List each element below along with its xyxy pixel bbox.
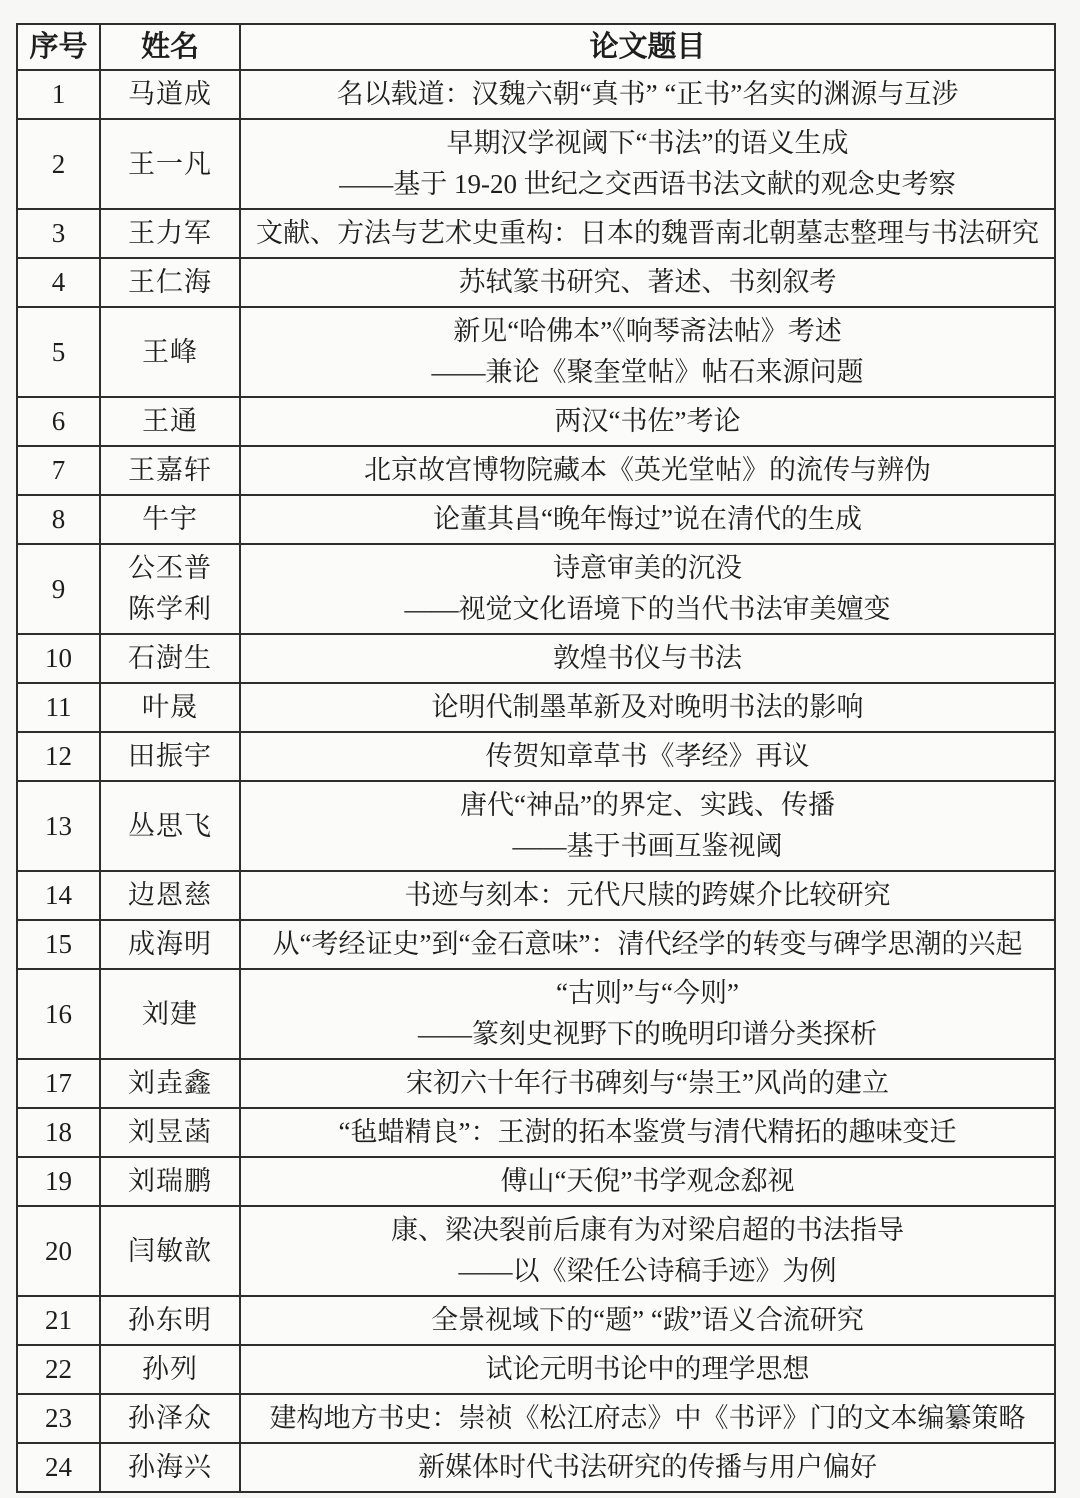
table-row: 11 叶晟 论明代制墨革新及对晚明书法的影响 (17, 683, 1055, 732)
table-row: 17 刘垚鑫 宋初六十年行书碑刻与“崇王”风尚的建立 (17, 1059, 1055, 1108)
author-name: 丛思飞 (100, 781, 240, 871)
table-row: 20 闫敏歆 康、梁决裂前后康有为对梁启超的书法指导——以《梁任公诗稿手迹》为例 (17, 1206, 1055, 1296)
row-number: 12 (17, 732, 100, 781)
table-row: 10 石澍生 敦煌书仪与书法 (17, 634, 1055, 683)
paper-title: 敦煌书仪与书法 (240, 634, 1055, 683)
row-number: 16 (17, 969, 100, 1059)
row-number: 1 (17, 70, 100, 119)
table-row: 21 孙东明 全景视域下的“题” “跋”语义合流研究 (17, 1296, 1055, 1345)
row-number: 15 (17, 920, 100, 969)
paper-title: 两汉“书佐”考论 (240, 397, 1055, 446)
author-name: 王嘉轩 (100, 446, 240, 495)
table-row: 22 孙列 试论元明书论中的理学思想 (17, 1345, 1055, 1394)
author-name: 闫敏歆 (100, 1206, 240, 1296)
header-row: 序号 姓名 论文题目 (17, 24, 1055, 70)
table-row: 2 王一凡 早期汉学视阈下“书法”的语义生成——基于 19-20 世纪之交西语书… (17, 119, 1055, 209)
paper-title: 苏轼篆书研究、著述、书刻叙考 (240, 258, 1055, 307)
row-number: 24 (17, 1443, 100, 1492)
author-name: 成海明 (100, 920, 240, 969)
document-page: 序号 姓名 论文题目 1 马道成 名以载道：汉魏六朝“真书” “正书”名实的渊源… (0, 0, 1080, 1498)
row-number: 9 (17, 544, 100, 634)
paper-title: 北京故宫博物院藏本《英光堂帖》的流传与辨伪 (240, 446, 1055, 495)
paper-title: 从“考经证史”到“金石意味”：清代经学的转变与碑学思潮的兴起 (240, 920, 1055, 969)
row-number: 11 (17, 683, 100, 732)
author-name: 田振宇 (100, 732, 240, 781)
paper-title: 论明代制墨革新及对晚明书法的影响 (240, 683, 1055, 732)
author-name: 孙东明 (100, 1296, 240, 1345)
paper-title: 试论元明书论中的理学思想 (240, 1345, 1055, 1394)
row-number: 8 (17, 495, 100, 544)
author-name: 公丕普陈学利 (100, 544, 240, 634)
table-row: 15 成海明 从“考经证史”到“金石意味”：清代经学的转变与碑学思潮的兴起 (17, 920, 1055, 969)
paper-title: 康、梁决裂前后康有为对梁启超的书法指导——以《梁任公诗稿手迹》为例 (240, 1206, 1055, 1296)
paper-title: 传贺知章草书《孝经》再议 (240, 732, 1055, 781)
paper-title: 名以载道：汉魏六朝“真书” “正书”名实的渊源与互涉 (240, 70, 1055, 119)
author-name: 刘瑞鹏 (100, 1157, 240, 1206)
table-row: 1 马道成 名以载道：汉魏六朝“真书” “正书”名实的渊源与互涉 (17, 70, 1055, 119)
table-row: 19 刘瑞鹏 傅山“天倪”书学观念郄视 (17, 1157, 1055, 1206)
paper-title: 唐代“神品”的界定、实践、传播——基于书画互鉴视阈 (240, 781, 1055, 871)
table-row: 12 田振宇 传贺知章草书《孝经》再议 (17, 732, 1055, 781)
header-serial-number: 序号 (17, 24, 100, 70)
author-name: 马道成 (100, 70, 240, 119)
row-number: 14 (17, 871, 100, 920)
table-row: 9 公丕普陈学利 诗意审美的沉没——视觉文化语境下的当代书法审美嬗变 (17, 544, 1055, 634)
header-paper-title: 论文题目 (240, 24, 1055, 70)
paper-title: 宋初六十年行书碑刻与“崇王”风尚的建立 (240, 1059, 1055, 1108)
author-name: 叶晟 (100, 683, 240, 732)
paper-title: 全景视域下的“题” “跋”语义合流研究 (240, 1296, 1055, 1345)
header-author-name: 姓名 (100, 24, 240, 70)
paper-title: 书迹与刻本：元代尺牍的跨媒介比较研究 (240, 871, 1055, 920)
table-row: 8 牛宇 论董其昌“晚年悔过”说在清代的生成 (17, 495, 1055, 544)
author-name: 牛宇 (100, 495, 240, 544)
row-number: 18 (17, 1108, 100, 1157)
paper-title: 早期汉学视阈下“书法”的语义生成——基于 19-20 世纪之交西语书法文献的观念… (240, 119, 1055, 209)
paper-title: “毡蜡精良”：王澍的拓本鉴赏与清代精拓的趣味变迁 (240, 1108, 1055, 1157)
table-row: 6 王通 两汉“书佐”考论 (17, 397, 1055, 446)
paper-title: 建构地方书史：崇祯《松江府志》中《书评》门的文本编纂策略 (240, 1394, 1055, 1443)
table-row: 14 边恩慈 书迹与刻本：元代尺牍的跨媒介比较研究 (17, 871, 1055, 920)
author-name: 石澍生 (100, 634, 240, 683)
table-row: 23 孙泽众 建构地方书史：崇祯《松江府志》中《书评》门的文本编纂策略 (17, 1394, 1055, 1443)
row-number: 19 (17, 1157, 100, 1206)
table-row: 16 刘建 “古则”与“今则”——篆刻史视野下的晚明印谱分类探析 (17, 969, 1055, 1059)
paper-title: “古则”与“今则”——篆刻史视野下的晚明印谱分类探析 (240, 969, 1055, 1059)
paper-title: 傅山“天倪”书学观念郄视 (240, 1157, 1055, 1206)
author-name: 王一凡 (100, 119, 240, 209)
row-number: 10 (17, 634, 100, 683)
row-number: 3 (17, 209, 100, 258)
author-name: 刘垚鑫 (100, 1059, 240, 1108)
table-row: 5 王峰 新见“哈佛本”《响琴斋法帖》考述——兼论《聚奎堂帖》帖石来源问题 (17, 307, 1055, 397)
table-row: 3 王力军 文献、方法与艺术史重构：日本的魏晋南北朝墓志整理与书法研究 (17, 209, 1055, 258)
author-name: 孙海兴 (100, 1443, 240, 1492)
row-number: 17 (17, 1059, 100, 1108)
author-name: 王仁海 (100, 258, 240, 307)
paper-title: 诗意审美的沉没——视觉文化语境下的当代书法审美嬗变 (240, 544, 1055, 634)
row-number: 21 (17, 1296, 100, 1345)
author-name: 王峰 (100, 307, 240, 397)
row-number: 7 (17, 446, 100, 495)
table-row: 24 孙海兴 新媒体时代书法研究的传播与用户偏好 (17, 1443, 1055, 1492)
author-name: 刘昱菡 (100, 1108, 240, 1157)
row-number: 23 (17, 1394, 100, 1443)
author-name: 王通 (100, 397, 240, 446)
author-name: 刘建 (100, 969, 240, 1059)
row-number: 4 (17, 258, 100, 307)
paper-title: 新媒体时代书法研究的传播与用户偏好 (240, 1443, 1055, 1492)
paper-title: 文献、方法与艺术史重构：日本的魏晋南北朝墓志整理与书法研究 (240, 209, 1055, 258)
paper-title: 新见“哈佛本”《响琴斋法帖》考述——兼论《聚奎堂帖》帖石来源问题 (240, 307, 1055, 397)
row-number: 6 (17, 397, 100, 446)
row-number: 22 (17, 1345, 100, 1394)
author-name: 孙泽众 (100, 1394, 240, 1443)
table-row: 13 丛思飞 唐代“神品”的界定、实践、传播——基于书画互鉴视阈 (17, 781, 1055, 871)
paper-title: 论董其昌“晚年悔过”说在清代的生成 (240, 495, 1055, 544)
row-number: 13 (17, 781, 100, 871)
row-number: 20 (17, 1206, 100, 1296)
author-name: 孙列 (100, 1345, 240, 1394)
table-row: 4 王仁海 苏轼篆书研究、著述、书刻叙考 (17, 258, 1055, 307)
table-row: 7 王嘉轩 北京故宫博物院藏本《英光堂帖》的流传与辨伪 (17, 446, 1055, 495)
papers-table: 序号 姓名 论文题目 1 马道成 名以载道：汉魏六朝“真书” “正书”名实的渊源… (16, 23, 1056, 1493)
table-body: 1 马道成 名以载道：汉魏六朝“真书” “正书”名实的渊源与互涉 2 王一凡 早… (17, 70, 1055, 1492)
row-number: 2 (17, 119, 100, 209)
table-row: 18 刘昱菡 “毡蜡精良”：王澍的拓本鉴赏与清代精拓的趣味变迁 (17, 1108, 1055, 1157)
author-name: 边恩慈 (100, 871, 240, 920)
row-number: 5 (17, 307, 100, 397)
author-name: 王力军 (100, 209, 240, 258)
